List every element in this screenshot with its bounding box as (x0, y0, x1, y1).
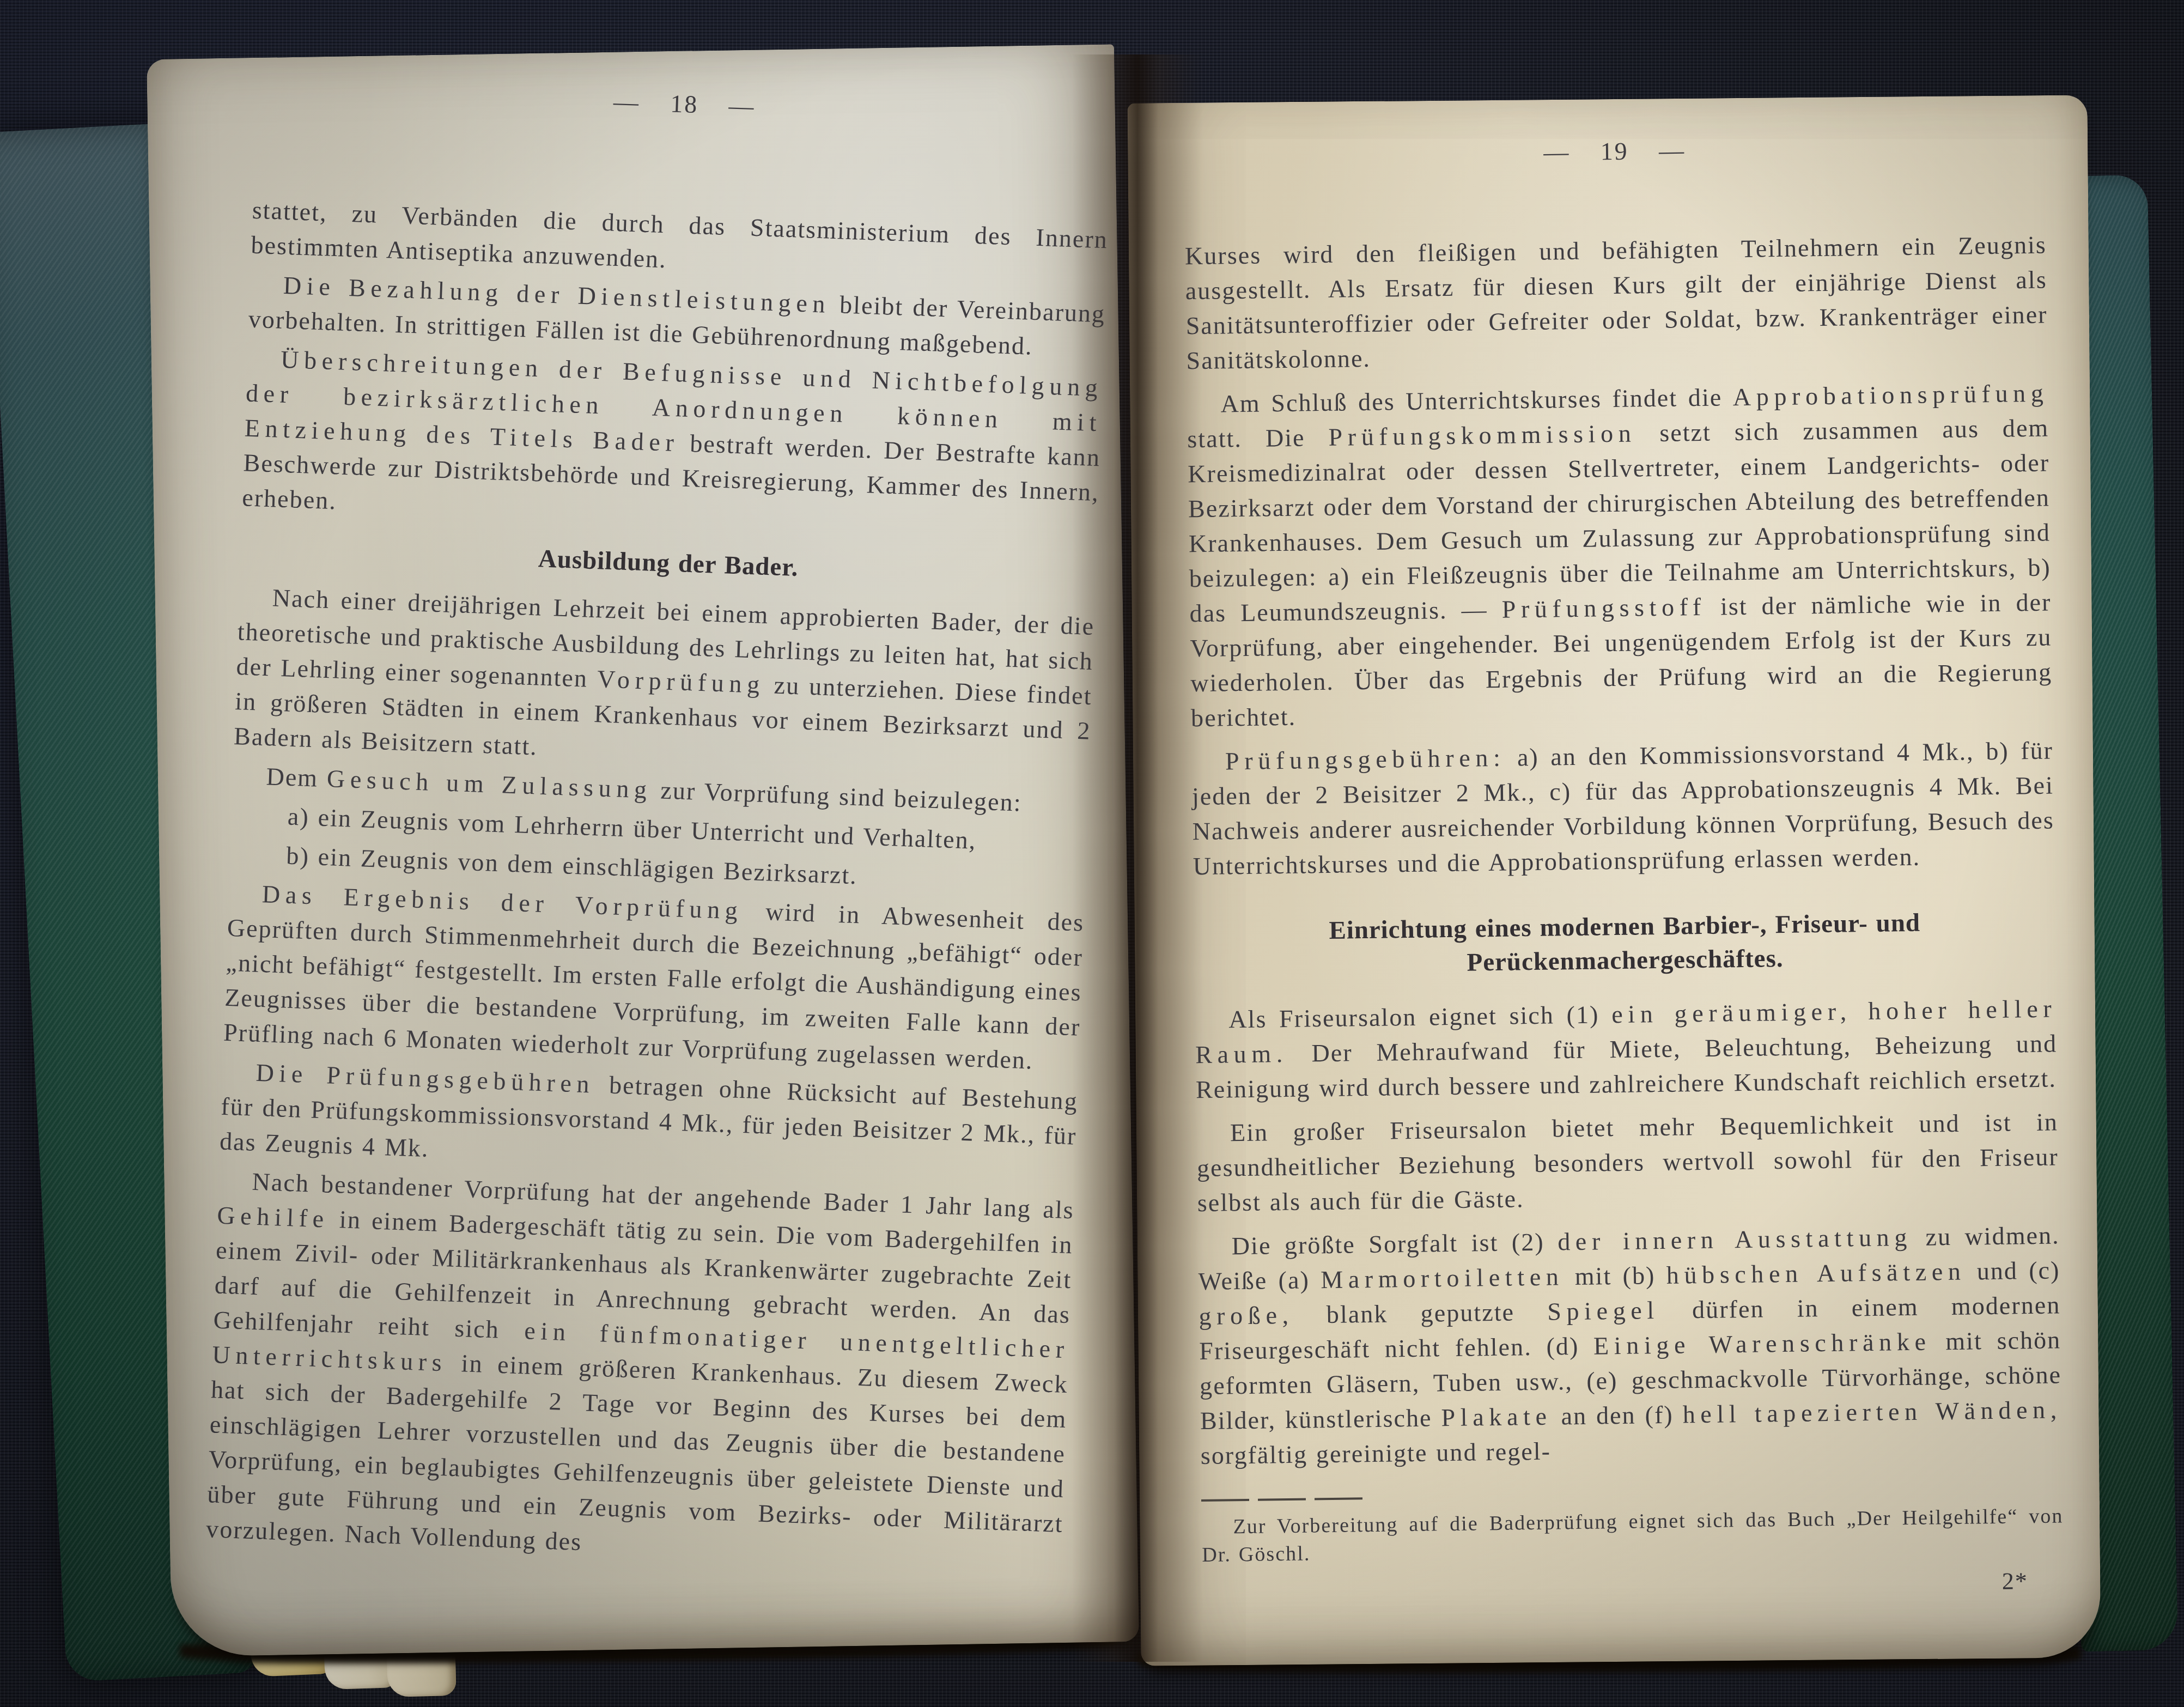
printers-signature: 2* (1202, 1563, 2065, 1609)
page-number-header-19: — 19 — (1183, 129, 2046, 175)
letterspaced-text: Plakate (1441, 1402, 1552, 1432)
heading-line: Einrichtung eines modernen Barbier-, Fri… (1329, 909, 1920, 945)
letterspaced-text: Die Prüfungsgebühren (255, 1059, 595, 1098)
paragraph-ergebnis: Das Ergebnis der Vorprüfung wird in Abwe… (223, 876, 1085, 1080)
letterspaced-text: Gesuch um Zulassung (326, 764, 652, 804)
paragraph-text: statt. Die (1187, 423, 1329, 453)
paragraph-text: zur Vorprüfung sind beizulegen: (652, 776, 1023, 817)
letterspaced-text: Prüfungsstoff (1501, 593, 1706, 623)
paragraph-text: stattet, zu Verbänden die durch das Staa… (251, 196, 1109, 274)
paragraph-sorgfalt: Die größte Sorgfalt ist (2) der innern A… (1197, 1218, 2063, 1473)
page-number-header-18: — 18 — (256, 72, 1113, 137)
letterspaced-text: Marmortoiletten (1321, 1262, 1564, 1293)
section-heading-einrichtung: Einrichtung eines modernen Barbier-, Fri… (1194, 904, 2056, 983)
paragraph-text: Kurses wird den fleißigen und befähigten… (1185, 231, 2048, 375)
paragraph-approbation: Am Schluß des Unterrichtskurses findet d… (1187, 376, 2053, 736)
paragraph-text: Die größte Sorgfalt ist (2) (1231, 1228, 1558, 1260)
paragraph-text: sorgfältig gereinigte und regel- (1201, 1437, 1552, 1469)
letterspaced-text: große, (1199, 1301, 1294, 1330)
paragraph-text: mit (b) (1564, 1261, 1666, 1290)
paragraph-text: Der Mehraufwand für Miete, Beleuchtung, … (1196, 1029, 2058, 1103)
paragraph-kurses: Kurses wird den fleißigen und befähigten… (1185, 228, 2048, 379)
letterspaced-text: Prüfungsgebühren: (1225, 744, 1506, 775)
footnote-text: Zur Vorbereitung auf die Baderprüfung ei… (1201, 1502, 2064, 1569)
page-18-content: — 18 — stattet, zu Verbänden die durch d… (205, 72, 1113, 1581)
letterspaced-text: Approbationsprüfung (1733, 379, 2049, 411)
paragraph-text: Dem (266, 762, 327, 792)
paragraph-text: Ein großer Friseursalon bietet mehr Bequ… (1197, 1108, 2059, 1217)
letterspaced-text: hübschen Aufsätzen (1666, 1258, 1966, 1289)
letterspaced-text: Gehilfe (217, 1201, 330, 1233)
paragraph-lehrzeit: Nach einer dreijährigen Lehrzeit bei ein… (233, 579, 1095, 783)
book-page-left: — 18 — stattet, zu Verbänden die durch d… (147, 44, 1139, 1657)
letterspaced-text: Spiegel (1547, 1296, 1659, 1326)
letterspaced-text: der innern Ausstattung (1558, 1223, 1912, 1256)
book-page-right: — 19 — Kurses wird den fleißigen und bef… (1128, 95, 2101, 1666)
page-19-content: — 19 — Kurses wird den fleißigen und bef… (1183, 129, 2064, 1609)
paragraph-pruefungsgebuehren: Prüfungsgebühren: a) an den Kommissionsv… (1191, 733, 2055, 884)
paragraph-text: wird in Abwesenheit des Geprüften durch … (223, 897, 1085, 1074)
letterspaced-text: Prüfungskommission (1328, 419, 1637, 451)
heading-line: Perückenmachergeschäftes. (1467, 944, 1783, 977)
paragraph-text: in einem größeren Krankenhaus. Zu diesem… (206, 1348, 1069, 1556)
paragraph-text: an den (f) (1552, 1401, 1683, 1430)
book-photo-scene: — 18 — stattet, zu Verbänden die durch d… (0, 0, 2184, 1707)
letterspaced-text: Vorprüfung (597, 665, 765, 698)
paragraph-text: Als Friseursalon eignet sich (1) (1228, 1000, 1611, 1033)
letterspaced-text: hell tapezierten Wänden, (1682, 1395, 2062, 1428)
letterspaced-text: Einige Warenschränke (1593, 1328, 1931, 1360)
paragraph-text: und (c) (1966, 1256, 2060, 1285)
footnote-separator-rule (1201, 1497, 1365, 1502)
paragraph-text: blank geputzte (1293, 1298, 1547, 1329)
paragraph-friseursalon: Als Friseursalon eignet sich (1) ein ger… (1195, 991, 2058, 1107)
paragraph-grosser-salon: Ein großer Friseursalon bietet mehr Bequ… (1196, 1104, 2059, 1220)
paragraph-text: Am Schluß des Unterrichtskurses findet d… (1220, 383, 1733, 417)
paragraph-ueberschreitungen: Überschreitungen der Befugnisse und Nich… (241, 341, 1103, 545)
paragraph-gehilfe: Nach bestandener Vorprüfung hat der ange… (205, 1163, 1075, 1576)
